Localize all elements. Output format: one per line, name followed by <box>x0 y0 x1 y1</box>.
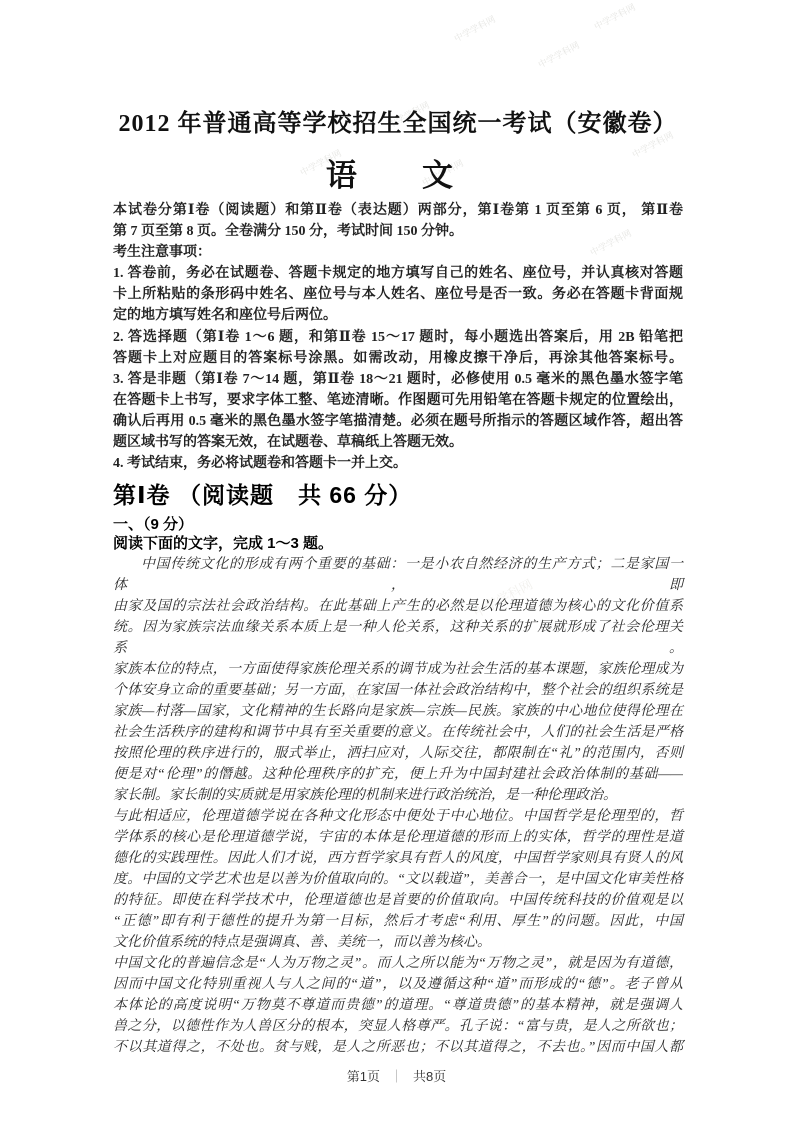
passage-line: 中国文化的普遍信念是“人为万物之灵”。而人之所以能为“万物之灵”，就是因为有道德… <box>113 953 683 974</box>
notice-line: 3. 答是非题（第Ⅰ卷 7～14 题，第Ⅱ卷 18～21 题时，必修使用 0.5… <box>113 369 683 390</box>
passage-line: 因而中国文化特别重视人与人之间的“道”，以及遵循这种“道”而形成的“德”。老子曾… <box>113 974 683 995</box>
exam-notice-block: 本试卷分第Ⅰ卷（阅读题）和第Ⅱ卷（表达题）两部分，第Ⅰ卷第 1 页至第 6 页，… <box>113 200 683 474</box>
paper-title: 2012 年普通高等学校招生全国统一考试（安徽卷） <box>113 103 683 138</box>
passage-line: 不以其道得之，不处也。贫与贱，是人之所恶也；不以其道得之，不去也。”因而中国人都 <box>113 1037 683 1058</box>
passage-line: 学体系的核心是伦理道德学说，宇宙的本体是伦理道德的形而上的实体，哲学的理性是道 <box>113 827 683 848</box>
passage-line: 德化的实践理性。因此人们才说，西方哲学家具有哲人的风度，中国哲学家则具有贤人的风 <box>113 848 683 869</box>
passage-line: 中国传统文化的形成有两个重要的基础：一是小农自然经济的生产方式；二是家国一体，即 <box>113 554 683 596</box>
notice-line: 题区域书写的答案无效，在试题卷、草稿纸上答题无效。 <box>113 432 683 453</box>
notice-line: 确认后再用 0.5 毫米的黑色墨水签字笔描清楚。必须在题号所指示的答题区域作答，… <box>113 411 683 432</box>
passage-line: 统。因为家族宗法血缘关系本质上是一种人伦关系，这种关系的扩展就形成了社会伦理关系… <box>113 617 683 659</box>
footer-total-pages: 共8页 <box>413 1069 446 1084</box>
passage-line: 与此相适应，伦理道德学说在各种文化形态中便处于中心地位。中国哲学是伦理型的，哲 <box>113 806 683 827</box>
passage-line: 由家及国的宗法社会政治结构。在此基础上产生的必然是以伦理道德为核心的文化价值系 <box>113 596 683 617</box>
notice-line: 4. 考试结束，务必将试题卷和答题卡一并上交。 <box>113 453 683 474</box>
passage-line: 家族—村落—国家，文化精神的生长路向是家族—宗族—民族。家族的中心地位使得伦理在 <box>113 701 683 722</box>
passage-line: 本体论的高度说明“万物莫不尊道而贵德”的道理。“尊道贵德”的基本精神，就是强调人 <box>113 995 683 1016</box>
notice-line: 定的地方填写姓名和座位号后两位。 <box>113 305 683 326</box>
passage-line: “正德”即有利于德性的提升为第一目标，然后才考虑“利用、厚生”的问题。因此，中国 <box>113 911 683 932</box>
watermark-text: 中学学科网 <box>536 38 582 71</box>
notice-line: 2. 答选择题（第Ⅰ卷 1～6 题，和第Ⅱ卷 15～17 题时，每小题选出答案后… <box>113 327 683 348</box>
notice-line: 卡上所粘贴的条形码中姓名、座位号与本人姓名、座位号是否一致。务必在答题卡背面规 <box>113 284 683 305</box>
passage-line: 个体安身立命的重要基础；另一方面，在家国一体社会政治结构中，整个社会的组织系统是 <box>113 680 683 701</box>
reading-task-instruction: 阅读下面的文字，完成 1～3 题。 <box>113 532 683 553</box>
passage-line: 度。中国的文学艺术也是以善为价值取向的。“文以载道”，美善合一，是中国文化审美性… <box>113 869 683 890</box>
passage-line: 兽之分，以德性作为人兽区分的根本，突显人格尊严。孔子说：“富与贵，是人之所欲也； <box>113 1016 683 1037</box>
footer-separator: ｜ <box>390 1069 403 1084</box>
passage-line: 文化价值系统的特点是强调真、善、美统一，而以善为核心。 <box>113 932 683 953</box>
section-1-part-label: 一、（9 分） <box>113 513 683 534</box>
page-footer: 第1页｜共8页 <box>0 1066 793 1085</box>
section-1-heading: 第Ⅰ卷 （阅读题 共 66 分） <box>113 477 683 510</box>
passage-line: 家族本位的特点，一方面使得家族伦理关系的调节成为社会生活的基本课题，家族伦理成为 <box>113 659 683 680</box>
passage-line: 家长制。家长制的实质就是用家族伦理的机制来进行政治统治，是一种伦理政治。 <box>113 785 683 806</box>
notice-line: 答题卡上对应题目的答案标号涂黑。如需改动，用橡皮擦干净后，再涂其他答案标号。 <box>113 348 683 369</box>
watermark-text: 中学学科网 <box>452 12 498 45</box>
passage-line: 便是对“伦理”的僭越。这种伦理秩序的扩充，便上升为中国封建社会政治体制的基础—— <box>113 764 683 785</box>
footer-page-number: 第1页 <box>347 1069 380 1084</box>
watermark-text: 中学学科网 <box>592 0 638 33</box>
paper-subject: 语 文 <box>113 150 683 195</box>
exam-paper-page: 中学学科网中学学科网中学学科网中学学科网中学学科网中学学科网中学学科网中学学科网… <box>0 0 793 1122</box>
passage-line: 按照伦理的秩序进行的，服式举止，洒扫应对，人际交往，都限制在“礼”的范围内，否则 <box>113 743 683 764</box>
notice-line: 本试卷分第Ⅰ卷（阅读题）和第Ⅱ卷（表达题）两部分，第Ⅰ卷第 1 页至第 6 页，… <box>113 200 683 221</box>
passage-line: 的特征。即使在科学技术中，伦理道德也是首要的价值取向。中国传统科技的价值观是以 <box>113 890 683 911</box>
passage-line: 社会生活秩序的建构和调节中具有至关重要的意义。在传统社会中，人们的社会生活是严格 <box>113 722 683 743</box>
reading-passage: 中国传统文化的形成有两个重要的基础：一是小农自然经济的生产方式；二是家国一体，即… <box>113 554 683 1058</box>
notice-line: 第 7 页至第 8 页。全卷满分 150 分，考试时间 150 分钟。 <box>113 221 683 242</box>
notice-line: 考生注意事项： <box>113 242 683 263</box>
notice-line: 在答题卡上书写，要求字体工整、笔迹清晰。作图题可先用铅笔在答题卡规定的位置绘出， <box>113 390 683 411</box>
notice-line: 1. 答卷前，务必在试题卷、答题卡规定的地方填写自己的姓名、座位号，并认真核对答… <box>113 263 683 284</box>
